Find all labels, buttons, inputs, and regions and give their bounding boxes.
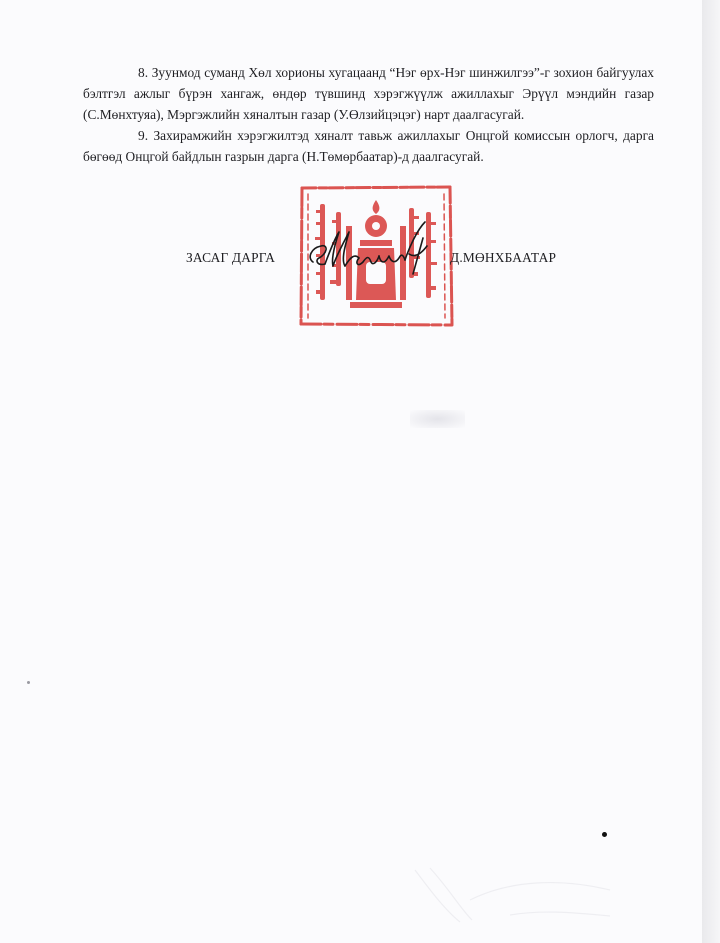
scan-speck — [27, 681, 30, 684]
bleed-through-mark — [410, 860, 630, 930]
document-body: 8. Зуунмод суманд Хөл хорионы хугацаанд … — [83, 62, 654, 167]
scan-speck — [602, 832, 607, 837]
paragraph-8: 8. Зуунмод суманд Хөл хорионы хугацаанд … — [83, 62, 654, 125]
signature-block: ЗАСАГ ДАРГА Д.МӨНХБААТАР — [0, 250, 702, 270]
paragraph-9: 9. Захирамжийн хэрэгжилтэд хяналт тавьж … — [83, 125, 654, 167]
signatory-title: ЗАСАГ ДАРГА — [186, 250, 275, 266]
signatory-name: Д.МӨНХБААТАР — [450, 250, 556, 266]
document-page: 8. Зуунмод суманд Хөл хорионы хугацаанд … — [0, 0, 702, 943]
page-edge — [702, 0, 720, 943]
scan-smudge — [410, 410, 465, 428]
